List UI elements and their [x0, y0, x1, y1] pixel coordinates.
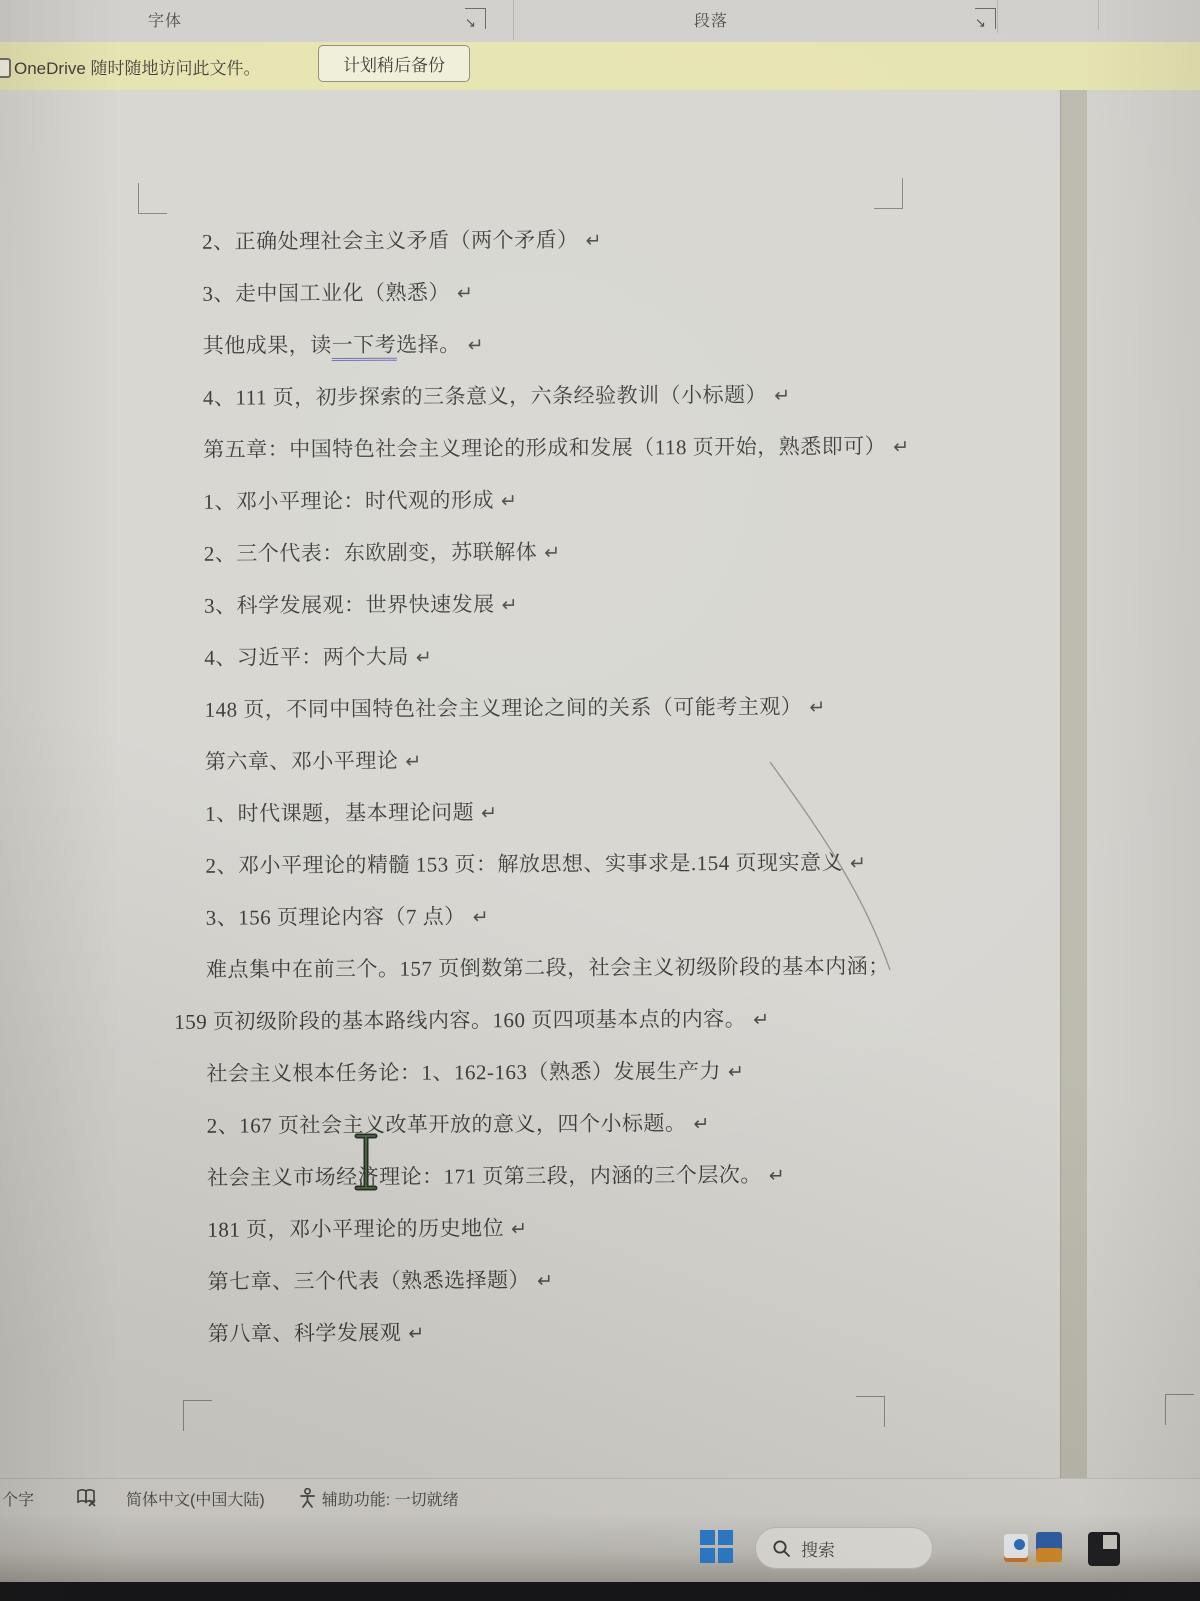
text-boundary-mark [138, 183, 167, 214]
start-button[interactable] [700, 1530, 736, 1566]
doc-line[interactable]: 第七章、三个代表（熟悉选择题）↵ [2, 1251, 1062, 1309]
language-selector[interactable]: 简体中文(中国大陆) [126, 1487, 265, 1510]
dark-app-icon[interactable] [1088, 1532, 1120, 1566]
doc-line[interactable]: 难点集中在前三个。157 页倒数第二段，社会主义初级阶段的基本内涵； [1, 939, 1061, 997]
doc-lines: 2、正确处理社会主义矛盾（两个矛盾）↵3、走中国工业化（熟悉）↵其他成果，读一下… [0, 211, 1063, 1361]
paragraph-mark: ↵ [481, 802, 498, 824]
paragraph-mark: ↵ [501, 594, 518, 616]
status-bar: 个字 简体中文(中国大陆) 辅助功能: 一切就绪 [0, 1478, 1200, 1517]
accessibility-status-text: 辅助功能: 一切就绪 [322, 1487, 459, 1510]
doc-line-text: 选择。 [396, 332, 461, 356]
paragraph-mark: ↵ [416, 647, 433, 669]
doc-line-text: 第八章、科学发展观 [208, 1321, 402, 1346]
accessibility-status[interactable]: 辅助功能: 一切就绪 [299, 1487, 459, 1510]
ribbon-group-divider [1098, 0, 1099, 30]
doc-line[interactable]: 第六章、邓小平理论↵ [0, 731, 1060, 789]
doc-line[interactable]: 3、156 页理论内容（7 点）↵ [1, 887, 1061, 945]
paragraph-mark: ↵ [774, 385, 791, 407]
onedrive-message-bar: OneDrive 随时随地访问此文件。 计划稍后备份 [0, 42, 1200, 90]
doc-line[interactable]: 第五章：中国特色社会主义理论的形成和发展（118 页开始，熟悉即可）↵ [0, 419, 1058, 477]
doc-line[interactable]: 社会主义市场经济理论：171 页第三段，内涵的三个层次。↵ [2, 1147, 1062, 1205]
doc-line[interactable]: 2、167 页社会主义改革开放的意义，四个小标题。↵ [2, 1095, 1062, 1153]
doc-line[interactable]: 其他成果，读一下考选择。↵ [0, 315, 1058, 373]
ribbon-group-paragraph-label: 段落 [694, 8, 728, 31]
word-window-photo: 字体 段落 ↘ ↘ OneDrive 随时随地访问此文件。 计划稍后备份 2、正… [0, 0, 1200, 1601]
windows-logo-icon [700, 1530, 715, 1545]
doc-line[interactable]: 1、邓小平理论：时代观的形成↵ [0, 471, 1059, 529]
document-page[interactable]: 2、正确处理社会主义矛盾（两个矛盾）↵3、走中国工业化（熟悉）↵其他成果，读一下… [0, 90, 1060, 1478]
doc-line-text: 3、走中国工业化（熟悉） [202, 280, 450, 305]
doc-line-text: 159 页初级阶段的基本路线内容。160 页四项基本点的内容。 [174, 1007, 746, 1034]
paragraph-mark: ↵ [501, 490, 518, 512]
doc-line[interactable]: 3、科学发展观：世界快速发展↵ [0, 575, 1059, 633]
paragraph-mark: ↵ [537, 1270, 554, 1292]
onedrive-message-text: OneDrive 随时随地访问此文件。 [14, 54, 261, 79]
onedrive-icon [0, 58, 11, 78]
ibeam-cursor [352, 1132, 380, 1192]
paragraph-mark: ↵ [473, 906, 490, 928]
app-icon[interactable] [1004, 1534, 1028, 1562]
taskbar-app-icons[interactable] [998, 1532, 1072, 1568]
paragraph-mark: ↵ [544, 542, 561, 564]
doc-line[interactable]: 第八章、科学发展观↵ [3, 1303, 1063, 1361]
taskbar: 搜索 [0, 1516, 1200, 1582]
search-icon [772, 1539, 791, 1558]
document-area: 2、正确处理社会主义矛盾（两个矛盾）↵3、走中国工业化（熟悉）↵其他成果，读一下… [0, 90, 1200, 1478]
doc-line-text: 181 页，邓小平理论的历史地位 [207, 1216, 504, 1242]
paragraph-mark: ↵ [457, 282, 474, 304]
doc-line[interactable]: 181 页，邓小平理论的历史地位↵ [2, 1199, 1062, 1257]
font-dialog-launcher-icon[interactable]: ↘ [465, 8, 486, 29]
doc-line[interactable]: 1、时代课题，基本理论问题↵ [0, 783, 1060, 841]
ribbon-group-divider [997, 0, 998, 33]
doc-line[interactable]: 148 页，不同中国特色社会主义理论之间的关系（可能考主观）↵ [0, 679, 1060, 737]
paragraph-mark: ↵ [850, 852, 867, 874]
paragraph-mark: ↵ [753, 1009, 770, 1031]
doc-line[interactable]: 4、111 页，初步探索的三条意义，六条经验教训（小标题）↵ [0, 367, 1058, 425]
doc-line-text: 2、正确处理社会主义矛盾（两个矛盾） [202, 228, 579, 254]
doc-line-text: 2、167 页社会主义改革开放的意义，四个小标题。 [207, 1111, 687, 1138]
doc-line-text: 2、邓小平理论的精髓 153 页：解放思想、实事求是.154 页现实意义 [205, 850, 843, 877]
windows-logo-icon [718, 1548, 733, 1563]
doc-line[interactable]: 4、习近平：两个大局↵ [0, 627, 1059, 685]
windows-logo-icon [700, 1548, 715, 1563]
doc-line[interactable]: 3、走中国工业化（熟悉）↵ [0, 263, 1058, 321]
accessibility-person-icon [299, 1488, 316, 1508]
app-icon[interactable] [1036, 1532, 1062, 1562]
adjacent-page-sliver [1087, 90, 1200, 1478]
paragraph-mark: ↵ [468, 334, 485, 356]
doc-line-text: 3、科学发展观：世界快速发展 [204, 592, 495, 618]
text-boundary-mark [1165, 1394, 1194, 1425]
doc-line-text: 社会主义根本任务论：1、162-163（熟悉）发展生产力 [206, 1059, 721, 1086]
doc-line[interactable]: 2、三个代表：东欧剧变，苏联解体↵ [0, 523, 1059, 581]
paragraph-mark: ↵ [408, 1323, 425, 1345]
doc-line-text: 2、三个代表：东欧剧变，苏联解体 [204, 540, 538, 566]
doc-line-text: 1、时代课题，基本理论问题 [205, 800, 474, 825]
doc-line-text: 其他成果，读 [203, 333, 332, 358]
grammar-flagged-text: 一下考 [332, 333, 397, 361]
text-boundary-mark [856, 1396, 885, 1427]
doc-line-text: 社会主义市场经济理论：171 页第三段，内涵的三个层次。 [207, 1163, 762, 1190]
text-boundary-mark [183, 1400, 212, 1431]
paragraph-mark: ↵ [586, 230, 603, 252]
ribbon-strip: 字体 段落 ↘ ↘ [0, 0, 1200, 42]
doc-line-text: 4、111 页，初步探索的三条意义，六条经验教训（小标题） [203, 383, 767, 410]
ribbon-group-divider [513, 0, 514, 40]
search-label: 搜索 [801, 1536, 835, 1561]
paragraph-mark: ↵ [809, 696, 826, 718]
doc-line-text: 难点集中在前三个。157 页倒数第二段，社会主义初级阶段的基本内涵； [206, 954, 890, 982]
doc-line-text: 第七章、三个代表（熟悉选择题） [208, 1268, 531, 1294]
doc-line[interactable]: 2、邓小平理论的精髓 153 页：解放思想、实事求是.154 页现实意义↵ [0, 835, 1060, 893]
text-boundary-mark [874, 178, 903, 209]
windows-logo-icon [718, 1530, 733, 1545]
doc-line[interactable]: 2、正确处理社会主义矛盾（两个矛盾）↵ [0, 211, 1057, 269]
doc-line-text: 3、156 页理论内容（7 点） [206, 904, 466, 929]
screen-bezel [0, 1582, 1200, 1601]
paragraph-mark: ↵ [893, 436, 910, 458]
paragraph-mark: ↵ [405, 751, 422, 773]
word-count[interactable]: 个字 [2, 1487, 34, 1510]
doc-line[interactable]: 159 页初级阶段的基本路线内容。160 页四项基本点的内容。↵ [1, 991, 1061, 1049]
doc-line-text: 第五章：中国特色社会主义理论的形成和发展（118 页开始，熟悉即可） [203, 434, 886, 462]
ribbon-group-font-label: 字体 [148, 8, 182, 31]
paragraph-mark: ↵ [693, 1113, 710, 1135]
paragraph-mark: ↵ [511, 1218, 528, 1240]
doc-line-text: 148 页，不同中国特色社会主义理论之间的关系（可能考主观） [205, 695, 803, 722]
doc-line-text: 第六章、邓小平理论 [205, 749, 399, 774]
doc-line-text: 4、习近平：两个大局 [204, 645, 409, 670]
paragraph-dialog-launcher-icon[interactable]: ↘ [975, 8, 996, 29]
page-gap [1060, 90, 1088, 1478]
doc-line[interactable]: 社会主义根本任务论：1、162-163（熟悉）发展生产力↵ [1, 1043, 1061, 1101]
doc-line-text: 1、邓小平理论：时代观的形成 [203, 488, 494, 514]
schedule-backup-button[interactable]: 计划稍后备份 [318, 45, 470, 82]
paragraph-mark: ↵ [728, 1061, 745, 1083]
proofing-errors-icon[interactable] [76, 1489, 98, 1507]
paragraph-mark: ↵ [769, 1165, 786, 1187]
taskbar-search[interactable]: 搜索 [755, 1527, 933, 1569]
